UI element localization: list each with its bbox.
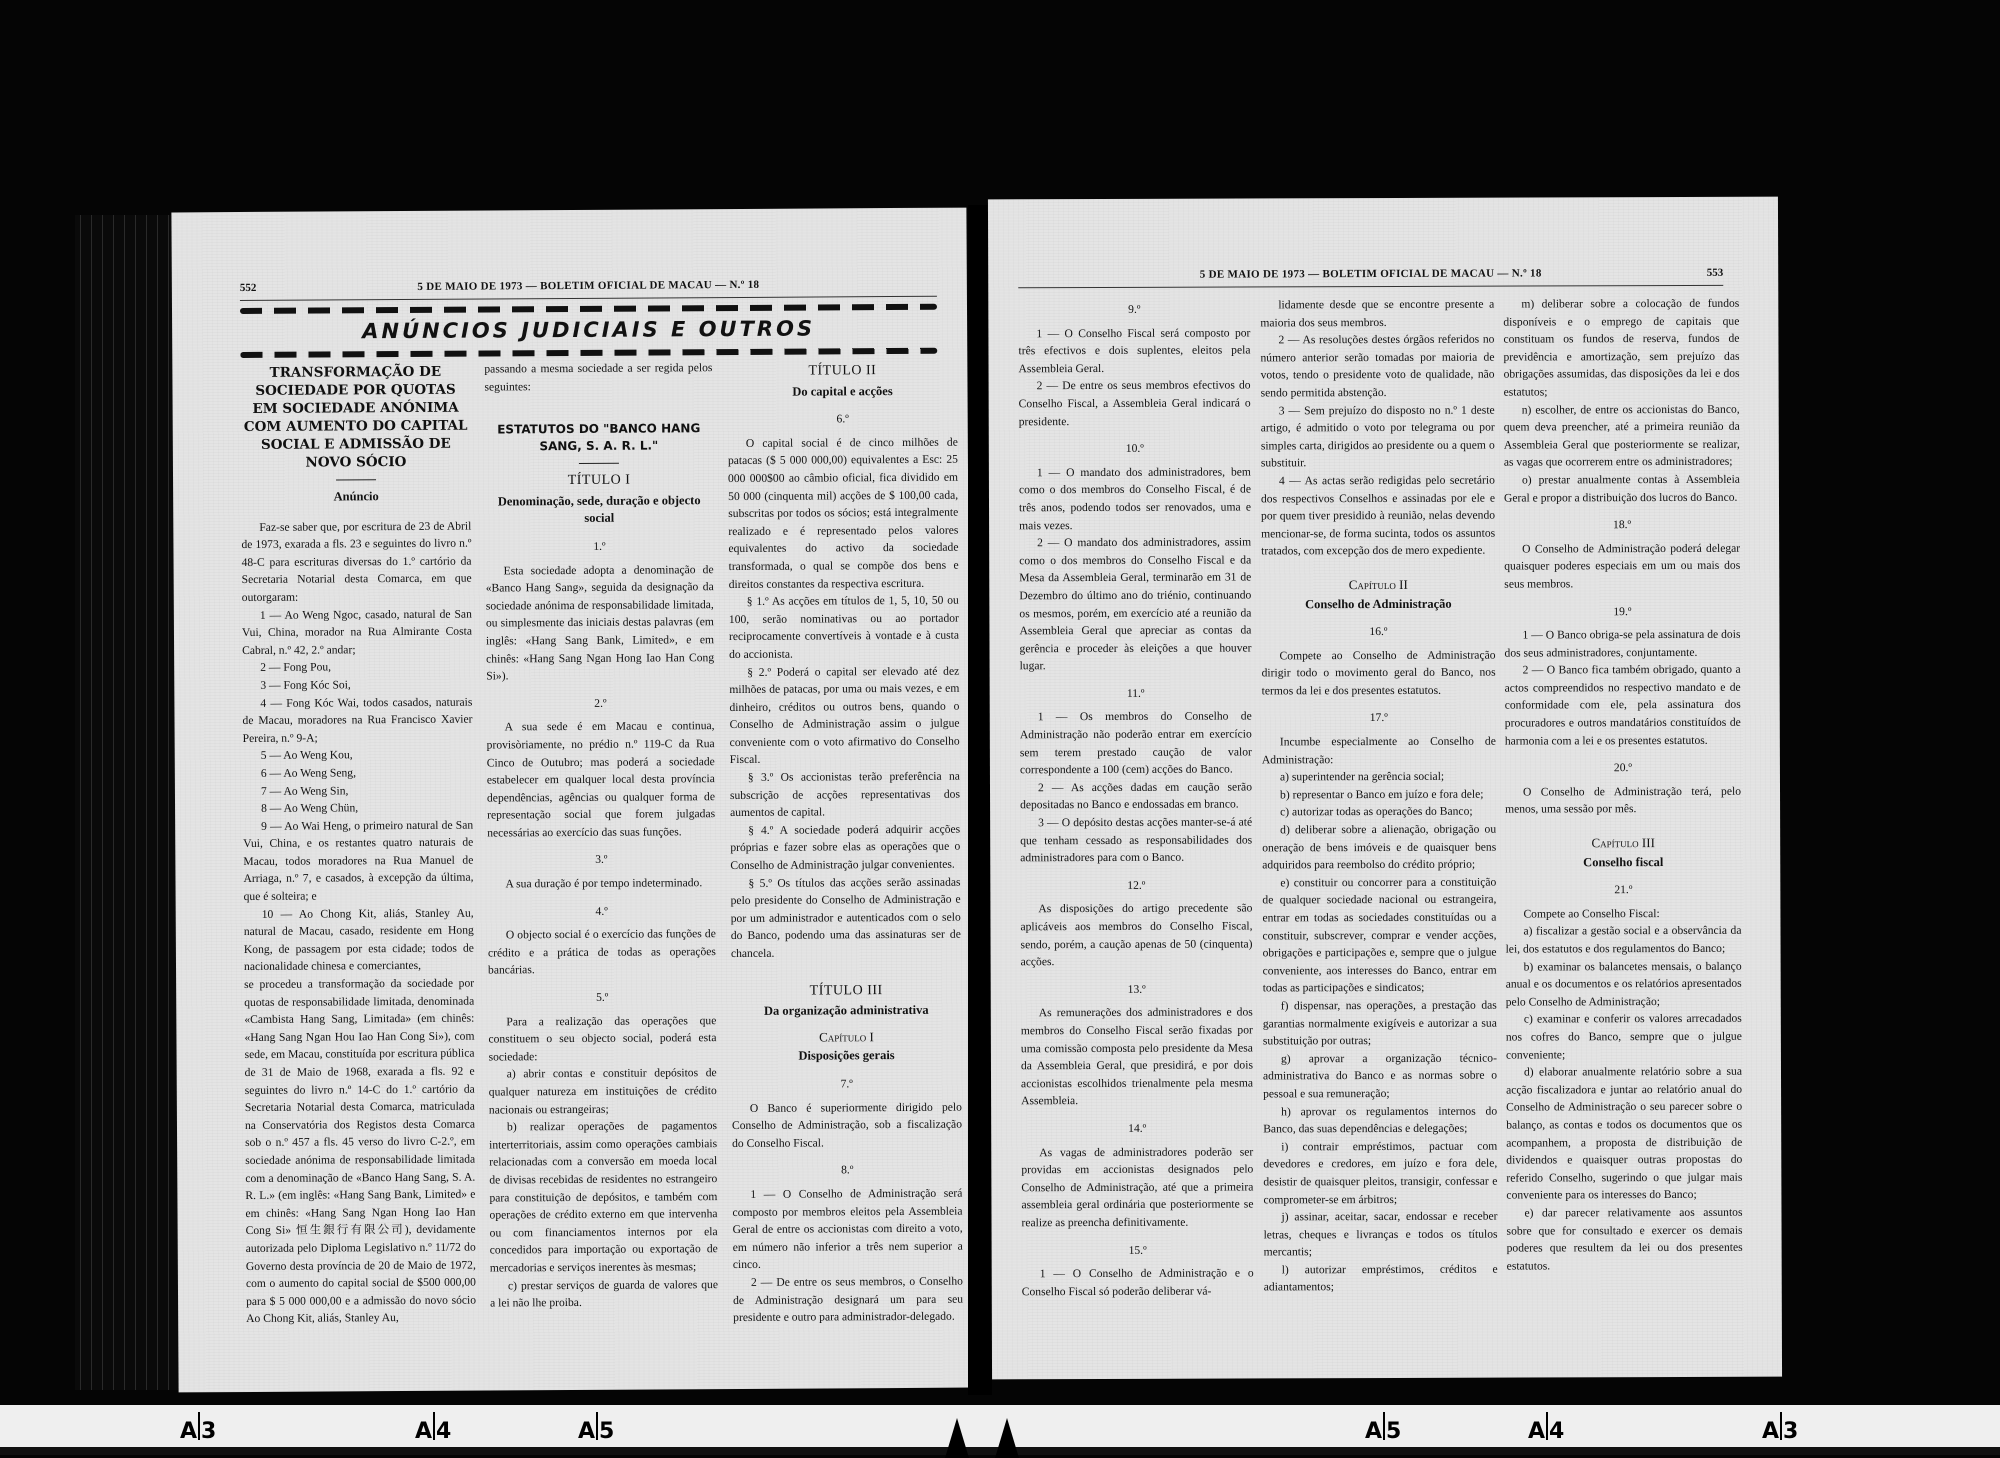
section-banner: ANÚNCIOS JUDICIAIS E OUTROS [240, 316, 937, 344]
titulo-heading: TÍTULO II [727, 362, 957, 381]
paragraph: Compete ao Conselho Fiscal: [1505, 905, 1741, 923]
frame-mark: A3 [180, 1412, 216, 1444]
paragraph: 3 — O depósito destas acções manter-se-á… [1020, 813, 1252, 867]
notice-closing: se procedeu a transformação da sociedade… [244, 975, 476, 1328]
article-number: 4.º [488, 902, 716, 921]
paragraph: 2 — As resoluções destes órgãos referido… [1260, 331, 1494, 402]
binding-mark [971, 940, 989, 966]
frame-mark: A3 [1762, 1412, 1798, 1444]
right-col-3: m) deliberar sobre a colocação de fundos… [1503, 295, 1742, 1275]
capitulo-heading: Capítulo I [731, 1027, 961, 1046]
ornamental-rule-top [240, 304, 937, 314]
paragraph: c) autorizar todas as operações do Banco… [1262, 803, 1496, 821]
film-notch-left [945, 1418, 969, 1458]
article-number: 6.º [728, 410, 958, 429]
article-number: 12.º [1020, 876, 1252, 894]
paragraph: § 3.º Os accionistas terão preferência n… [730, 768, 960, 822]
right-col-1: 9.º1 — O Conselho Fiscal será composto p… [1018, 290, 1254, 1300]
paragraph: 1 — O Conselho Fiscal será composto por … [1018, 324, 1250, 378]
articles-list: 18.ºO Conselho de Administração poderá d… [1504, 516, 1741, 819]
divider [579, 463, 619, 464]
paragraph: c) prestar serviços de guarda de valores… [490, 1276, 718, 1313]
paragraph: 1 — O Banco obriga-se pela assinatura de… [1504, 626, 1740, 662]
running-head-title: 5 DE MAIO DE 1973 — BOLETIM OFICIAL DE M… [1018, 267, 1723, 281]
titulo-heading: TÍTULO I [485, 471, 713, 490]
paragraph: a) abrir contas e constituir depósitos d… [489, 1065, 717, 1119]
left-col-1: TRANSFORMAÇÃO DE SOCIEDADE POR QUOTAS EM… [240, 363, 476, 1328]
paragraph: d) elaborar anualmente relatório sobre a… [1506, 1063, 1742, 1205]
paragraph: O objecto social é o exercício das funçõ… [488, 925, 716, 979]
article-number: 5.º [488, 988, 716, 1007]
paragraph: A sua duração é por tempo indeterminado. [487, 874, 715, 893]
paragraph: 2 — Fong Pou, [242, 658, 472, 677]
capitulo-heading: Capítulo III [1505, 834, 1741, 852]
paragraph: 4 — Fong Kóc Wai, todos casados, naturai… [242, 693, 472, 747]
paragraph: a) fiscalizar a gestão social e a observ… [1505, 922, 1741, 958]
paragraph: As vagas de administradores poderão ser … [1021, 1143, 1253, 1232]
notice-subtitle: Anúncio [241, 488, 471, 507]
paragraph: O capital social é de cinco milhões de p… [728, 433, 959, 593]
article-number: 2.º [486, 694, 714, 713]
paragraph: o) prestar anualmente contas à Assemblei… [1504, 471, 1740, 507]
paragraph: b) examinar os balancetes mensais, o bal… [1506, 957, 1742, 1011]
paragraph: § 4.º A sociedade poderá adquirir acções… [730, 820, 960, 874]
left-col-3: TÍTULO II Do capital e acções 6.ºO capit… [727, 356, 963, 1327]
left-col-2: passando a mesma sociedade a ser regida … [484, 359, 718, 1312]
article-number: 21.º [1505, 881, 1741, 899]
binding-mark [971, 645, 989, 671]
article-number: 8.º [732, 1161, 962, 1180]
article-number: 19.º [1504, 602, 1740, 620]
paragraph: b) representar o Banco em juízo e fora d… [1262, 785, 1496, 803]
articles-list: 6.ºO capital social é de cinco milhões d… [728, 410, 961, 963]
frame-mark: A4 [415, 1412, 451, 1444]
paragraph: 1 — O mandato dos administradores, bem c… [1019, 463, 1251, 534]
titulo-subheading: Do capital e acções [727, 382, 957, 401]
articles-list: 21.ºCompete ao Conselho Fiscal:a) fiscal… [1505, 881, 1742, 1275]
frame-mark: A5 [1365, 1412, 1401, 1444]
left-page: 552 5 DE MAIO DE 1973 — BOLETIM OFICIAL … [171, 208, 973, 1393]
articles-list: 16.ºCompete ao Conselho de Administração… [1261, 623, 1497, 1297]
divider [336, 479, 376, 480]
paragraph: Para a realização das operações que cons… [488, 1012, 716, 1066]
paragraph: Compete ao Conselho de Administração dir… [1262, 646, 1496, 700]
paragraph: 2 — O Banco fica também obrigado, quanto… [1505, 661, 1741, 750]
paragraph: 4 — As actas serão redigidas pelo secret… [1261, 472, 1495, 561]
article-number: 18.º [1504, 516, 1740, 534]
article-number: 10.º [1019, 440, 1251, 458]
paragraph: 2 — O mandato dos administradores, assim… [1019, 534, 1251, 676]
paragraph: O Conselho de Administração poderá deleg… [1504, 539, 1740, 593]
paragraph: Faz-se saber que, por escritura de 23 de… [241, 517, 472, 606]
paragraph: 10 — Ao Chong Kit, aliás, Stanley Au, na… [244, 904, 474, 976]
article-number: 9.º [1018, 300, 1250, 318]
titulo-subheading: Da organização administrativa [731, 1002, 961, 1021]
paragraph: O Banco é superiormente dirigido pelo Co… [732, 1098, 962, 1152]
paragraph: 6 — Ao Weng Seng, [243, 764, 473, 783]
article-number: 13.º [1021, 980, 1253, 998]
paragraph: O Conselho de Administração terá, pelo m… [1505, 783, 1741, 819]
paragraph: § 2.º Poderá o capital ser elevado até d… [729, 662, 960, 769]
book-page-edges [75, 215, 185, 1390]
paragraph: A sua sede é em Macau e continua, provis… [487, 717, 716, 842]
paragraph: § 5.º Os títulos das acções serão assina… [730, 873, 961, 962]
running-head-title: 5 DE MAIO DE 1973 — BOLETIM OFICIAL DE M… [240, 278, 937, 294]
titulo-heading: TÍTULO III [731, 981, 961, 1000]
paragraph: 5 — Ao Weng Kou, [243, 746, 473, 765]
continued-paragraphs: lidamente desde que se encontre presente… [1260, 296, 1495, 561]
continued-paragraphs: m) deliberar sobre a colocação de fundos… [1503, 295, 1740, 507]
paragraph: 8 — Ao Weng Chün, [243, 799, 473, 818]
paragraph: m) deliberar sobre a colocação de fundos… [1503, 295, 1739, 401]
article-number: 17.º [1262, 709, 1496, 727]
statutes-intro: passando a mesma sociedade a ser regida … [484, 359, 712, 396]
capitulo-heading: Capítulo II [1261, 576, 1495, 594]
frame-mark: A5 [578, 1412, 614, 1444]
page-number: 553 [1707, 267, 1724, 279]
articles-list: 9.º1 — O Conselho Fiscal será composto p… [1018, 300, 1253, 1300]
paragraph: 1 — Os membros do Conselho de Administra… [1020, 708, 1252, 779]
paragraph: 2 — De entre os seus membros efectivos d… [1019, 377, 1251, 431]
article-number: 11.º [1020, 684, 1252, 702]
paragraph: h) aprovar os regulamentos internos do B… [1263, 1102, 1497, 1138]
article-number: 7.º [732, 1075, 962, 1094]
right-col-2: lidamente desde que se encontre presente… [1260, 296, 1497, 1297]
paragraph: c) examinar e conferir os valores arreca… [1506, 1010, 1742, 1064]
paragraph: e) constituir ou concorrer para a consti… [1262, 873, 1496, 997]
paragraph: d) deliberar sobre a alienação, obrigaçã… [1262, 821, 1496, 875]
article-number: 16.º [1261, 623, 1495, 641]
paragraph: f) dispensar, nas operações, a prestação… [1263, 997, 1497, 1051]
articles-list: 7.ºO Banco é superiormente dirigido pelo… [732, 1075, 964, 1327]
paragraph: As remunerações dos administradores e do… [1021, 1004, 1253, 1110]
paragraph: lidamente desde que se encontre presente… [1260, 296, 1494, 332]
article-number: 1.º [485, 537, 713, 556]
statutes-title: ESTATUTOS DO "BANCO HANG SANG, S. A. R. … [485, 420, 713, 455]
paragraph: 7 — Ao Weng Sin, [243, 781, 473, 800]
notice-title: TRANSFORMAÇÃO DE SOCIEDADE POR QUOTAS EM… [240, 363, 471, 472]
paragraph: § 1.º As acções em títulos de 1, 5, 10, … [729, 592, 959, 664]
paragraph: 3 — Sem prejuízo do disposto no n.º 1 de… [1261, 401, 1495, 472]
paragraph: 1 — Ao Weng Ngoc, casado, natural de San… [242, 605, 472, 659]
titulo-subheading: Denominação, sede, duração e objecto soc… [485, 492, 713, 529]
paragraph: n) escolher, de entre os accionistas do … [1504, 400, 1740, 471]
articles-list: 1.ºEsta sociedade adopta a denominação d… [485, 537, 718, 1312]
paragraph: 3 — Fong Kóc Soi, [242, 676, 472, 695]
right-running-head: 5 DE MAIO DE 1973 — BOLETIM OFICIAL DE M… [1018, 265, 1723, 288]
paragraph: 2 — De entre os seus membros, o Conselho… [733, 1273, 963, 1327]
paragraph: 2 — As acções dadas em caução serão depo… [1020, 778, 1252, 814]
article-number: 3.º [487, 851, 715, 870]
paragraph: e) dar parecer relativamente aos assunto… [1506, 1204, 1742, 1275]
left-running-head: 552 5 DE MAIO DE 1973 — BOLETIM OFICIAL … [240, 276, 937, 301]
article-number: 20.º [1505, 759, 1741, 777]
paragraph: b) realizar operações de pagamentos inte… [489, 1117, 718, 1277]
paragraph: 9 — Ao Wai Heng, o primeiro natural de S… [243, 816, 474, 905]
paragraph: As disposições do artigo precedente são … [1020, 900, 1252, 971]
notice-paragraphs: Faz-se saber que, por escritura de 23 de… [241, 517, 474, 976]
capitulo-subheading: Disposições gerais [732, 1047, 962, 1066]
capitulo-subheading: Conselho fiscal [1505, 853, 1741, 871]
frame-mark: A4 [1528, 1412, 1564, 1444]
paragraph: j) assinar, aceitar, sacar, endossar e r… [1263, 1208, 1497, 1262]
paragraph: 1 — O Conselho de Administração e o Cons… [1022, 1265, 1254, 1301]
capitulo-subheading: Conselho de Administração [1261, 595, 1495, 613]
paragraph: g) aprovar a organização técnico-adminis… [1263, 1049, 1497, 1103]
paragraph: a) superintender na gerência social; [1262, 768, 1496, 786]
right-page: 5 DE MAIO DE 1973 — BOLETIM OFICIAL DE M… [988, 197, 1782, 1380]
article-number: 15.º [1022, 1241, 1254, 1259]
paragraph: Incumbe especialmente ao Conselho de Adm… [1262, 733, 1496, 769]
paragraph: 1 — O Conselho de Administração será com… [732, 1185, 963, 1274]
paragraph: i) contrair empréstimos, pactuar com dev… [1263, 1137, 1497, 1208]
paragraph: l) autorizar empréstimos, créditos e adi… [1264, 1260, 1498, 1296]
article-number: 14.º [1021, 1119, 1253, 1137]
paragraph: Esta sociedade adopta a denominação de «… [486, 561, 715, 686]
film-notch-right [995, 1418, 1019, 1458]
